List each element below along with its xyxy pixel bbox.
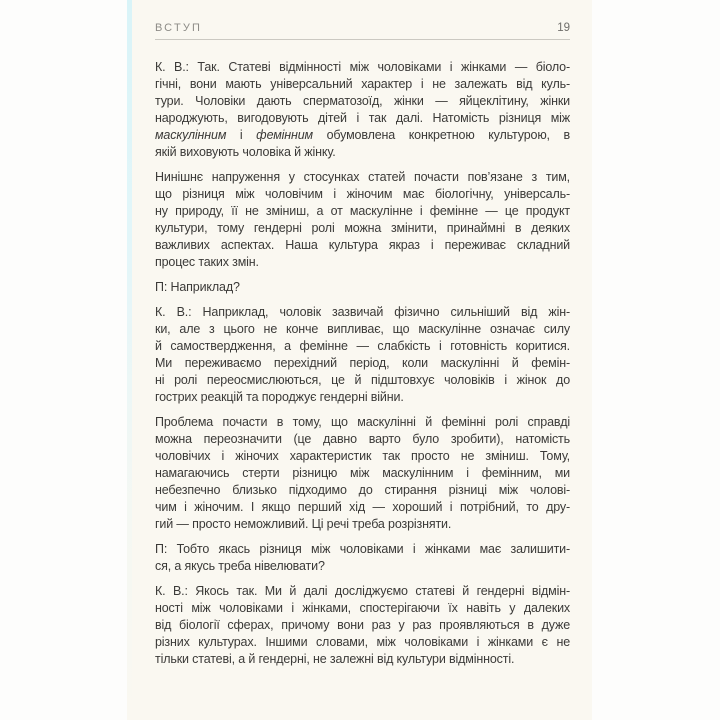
text-line: К. В.: Так. Статеві відмінності між чоло…	[155, 59, 570, 76]
paragraph: Нинішнє напруження у стосунках статей по…	[155, 169, 570, 271]
text-line: небезпечно близько підходимо до стирання…	[155, 482, 570, 499]
page-edge-highlight	[127, 0, 132, 720]
text-line: тільки статеві, а й гендерні, не залежні…	[155, 651, 570, 668]
text-line: ності між чоловіками і жінками, спостері…	[155, 600, 570, 617]
page-number: 19	[557, 22, 570, 34]
scanned-book-view: ВСТУП 19 К. В.: Так. Статеві відмінності…	[0, 0, 720, 720]
paragraph: П: Тобто якась різниця між чоловіками і …	[155, 541, 570, 575]
text-line: різних культурах. Іншими словами, між чо…	[155, 634, 570, 651]
paragraph: Проблема почасти в тому, що маскулінні й…	[155, 414, 570, 533]
text-line: П: Тобто якась різниця між чоловіками і …	[155, 541, 570, 558]
text-line: чоловічих і жіночих характеристик так пр…	[155, 448, 570, 465]
paragraphs: К. В.: Так. Статеві відмінності між чоло…	[155, 59, 570, 668]
text-line: ні ролі переосмислюються, це й підштовху…	[155, 372, 570, 389]
text-line: гострих реакцій та породжує гендерні вій…	[155, 389, 570, 406]
paragraph: К. В.: Якось так. Ми й далі досліджуємо …	[155, 583, 570, 668]
running-title: ВСТУП	[155, 22, 202, 34]
text-line: якій виховують чоловіка й жінку.	[155, 144, 570, 161]
running-head: ВСТУП 19	[155, 22, 570, 40]
text-line: чим і жіночим. І якщо перший хід — хорош…	[155, 499, 570, 516]
text-line: К. В.: Якось так. Ми й далі досліджуємо …	[155, 583, 570, 600]
page-content: ВСТУП 19 К. В.: Так. Статеві відмінності…	[155, 0, 570, 676]
text-line: народжують, вигодовують дітей і так далі…	[155, 110, 570, 127]
text-line: можна переозначити (це давно варто було …	[155, 431, 570, 448]
text-line: важливих аспектах. Наша культура якраз і…	[155, 237, 570, 254]
text-line: ки, але з цього не конче випливає, що ма…	[155, 321, 570, 338]
text-line: ся, а якусь треба нівелювати?	[155, 558, 570, 575]
text-line: маскулінним і фемінним обумовлена конкре…	[155, 127, 570, 144]
text-line: тури. Чоловіки дають сперматозоїд, жінки…	[155, 93, 570, 110]
book-page: ВСТУП 19 К. В.: Так. Статеві відмінності…	[127, 0, 592, 720]
paragraph: П: Наприклад?	[155, 279, 570, 296]
text-line: гічні, вони мають універсальний характер…	[155, 76, 570, 93]
text-line: культури, тому гендерні ролі можна зміни…	[155, 220, 570, 237]
paragraph: К. В.: Наприклад, чоловік зазвичай фізич…	[155, 304, 570, 406]
text-line: процес таких змін.	[155, 254, 570, 271]
text-line: що різниця між чоловічим і жіночим має б…	[155, 186, 570, 203]
paragraph: К. В.: Так. Статеві відмінності між чоло…	[155, 59, 570, 161]
text-line: К. В.: Наприклад, чоловік зазвичай фізич…	[155, 304, 570, 321]
text-line: П: Наприклад?	[155, 279, 570, 296]
text-line: Нинішнє напруження у стосунках статей по…	[155, 169, 570, 186]
text-line: гий — просто неможливий. Ці речі треба р…	[155, 516, 570, 533]
text-line: ну природу, її не зміниш, а от маскулінн…	[155, 203, 570, 220]
text-line: Ми переживаємо перехідний період, коли м…	[155, 355, 570, 372]
text-line: намагаючись стерти різницю між маскулінн…	[155, 465, 570, 482]
text-line: й самоствердження, а фемінне — слабкість…	[155, 338, 570, 355]
text-line: від біології сферах, причому вони раз у …	[155, 617, 570, 634]
text-line: Проблема почасти в тому, що маскулінні й…	[155, 414, 570, 431]
